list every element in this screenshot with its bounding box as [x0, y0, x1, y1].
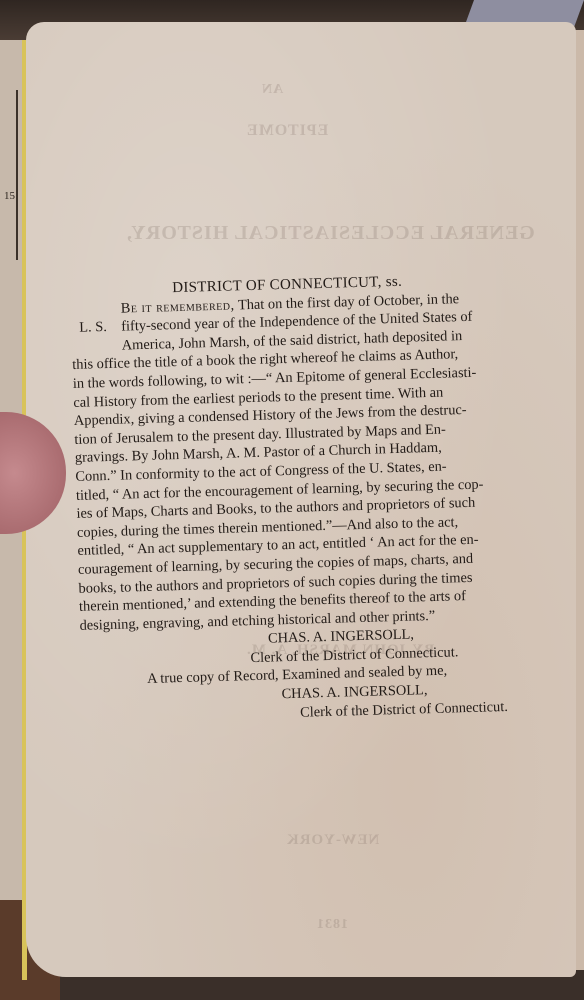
bleed-through-text: GENERAL ECCLESIASTICAL HISTORY,	[126, 222, 535, 245]
bleed-through-text: NEW-YORK	[286, 832, 379, 849]
seal-mark: L. S.	[79, 318, 122, 338]
bleed-through-text: 1831	[316, 917, 348, 933]
page-number: 15	[4, 190, 15, 202]
bleed-through-text: AN	[261, 82, 283, 98]
copyright-notice: DISTRICT OF CONNECTICUT, ss. Be it remem…	[70, 269, 552, 728]
opening-words: Be it remembered,	[121, 297, 235, 316]
bleed-through-text: EPITOME	[246, 122, 328, 140]
